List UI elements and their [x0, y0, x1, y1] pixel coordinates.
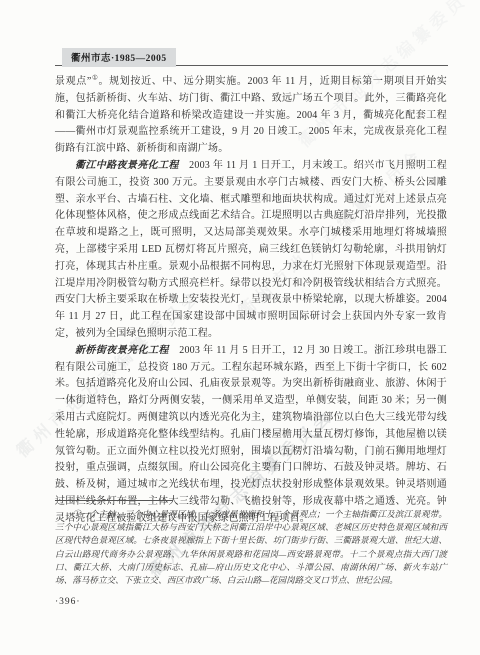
entry-title: 新桥街夜景亮化工程: [75, 345, 169, 356]
running-head-title: 衢州市志·1985—2005: [62, 48, 176, 67]
page-number: ·396·: [55, 597, 81, 607]
body-text-run: 景观点”: [55, 76, 92, 87]
footnote-block: ①一个主轴、三个中心景观区域、七条夜景视廊和十二个景观点；一个主轴指衢江及滨江景…: [55, 500, 447, 587]
body-paragraph: 衢江中路夜景亮化工程 2003 年 11 月 1 日开工，月末竣工。绍兴市飞月照…: [55, 158, 447, 343]
body-text-column: 景观点”①。规划按近、中、远分期实施。2003 年 11 月，近期目标第一期项目…: [55, 74, 447, 528]
body-paragraph: 景观点”①。规划按近、中、远分期实施。2003 年 11 月，近期目标第一期项目…: [55, 74, 447, 158]
body-text-run: 。规划按近、中、远分期实施。2003 年 11 月，近期目标第一期项目开始实施，…: [55, 76, 447, 154]
body-text-run: 2003 年 11 月 1 日开工，月末竣工。绍兴市飞月照明工程有限公司施工，投…: [55, 160, 447, 339]
footnote-body: 一个主轴、三个中心景观区域、七条夜景视廊和十二个景观点；一个主轴指衢江及滨江景观…: [55, 509, 447, 585]
entry-title: 衢江中路夜景亮化工程: [75, 160, 179, 171]
footnote-ref-marker: ①: [92, 75, 99, 82]
footnote-marker: ①: [72, 509, 81, 519]
body-text-run: 2003 年 11 月 5 日开工，12 月 30 日竣工。浙江珍琪电器工程有限…: [55, 345, 447, 524]
book-page: 衢州市地方志编纂委员会 衢州市地方志编纂委员会 衢州市地方志编纂委员会 衢州市地…: [0, 0, 480, 655]
footnote-text: ①一个主轴、三个中心景观区域、七条夜景视廊和十二个景观点；一个主轴指衢江及滨江景…: [55, 508, 447, 587]
footnote-rule: [55, 500, 173, 501]
